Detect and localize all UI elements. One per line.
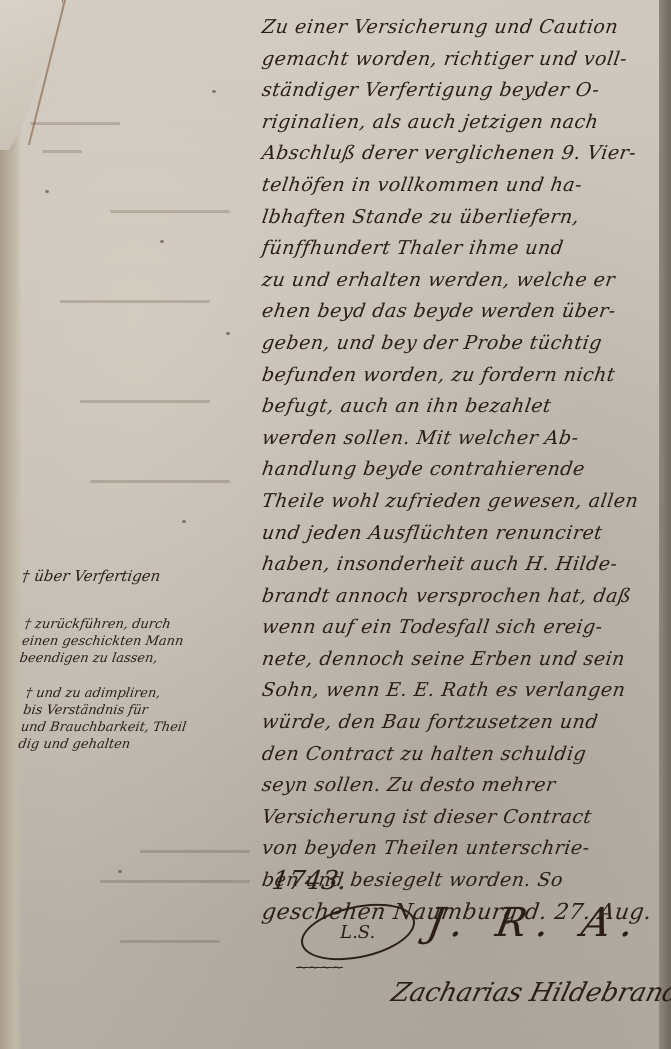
ink-bleed-through <box>140 850 250 853</box>
margin-note-line: einen geschickten Mann <box>21 633 243 650</box>
text-line: den Contract zu halten schuldig <box>260 739 664 771</box>
ink-bleed-through <box>60 300 210 303</box>
main-text-block: Zu einer Versicherung und Caution gemach… <box>262 12 662 928</box>
text-line: fünffhundert Thaler ihme und <box>260 233 664 265</box>
margin-note-line: dig und gehalten <box>17 736 239 753</box>
text-line: und jeden Ausflüchten renunciret <box>260 518 664 550</box>
signature: Zacharias Hildebrandt <box>388 978 671 1008</box>
ink-bleed-through <box>42 150 82 153</box>
margin-note: † zurückführen, durch einen geschickten … <box>18 616 245 667</box>
text-line: ehen beyd das beyde werden über- <box>260 296 664 328</box>
margin-note-line: beendigen zu lassen, <box>18 650 240 667</box>
margin-heading: † über Verfertigen <box>21 566 244 586</box>
margin-note: † und zu adimpliren, bis Verständnis für… <box>17 685 247 753</box>
ink-bleed-through <box>30 122 120 125</box>
ink-bleed-through <box>120 940 220 943</box>
text-line: von beyden Theilen unterschrie- <box>260 833 664 865</box>
margin-note-line: † und zu adimpliren, <box>24 685 246 702</box>
ink-speck <box>182 520 186 523</box>
text-line: befunden worden, zu fordern nicht <box>260 360 664 392</box>
initials: J. R. A. <box>424 900 648 946</box>
seal-text: L.S. <box>340 922 375 943</box>
ink-speck <box>45 190 49 193</box>
text-line: befugt, auch an ihn bezahlet <box>260 391 664 423</box>
ink-bleed-through <box>110 210 230 213</box>
text-line: riginalien, als auch jetzigen nach <box>260 107 664 139</box>
text-line: Theile wohl zufrieden gewesen, allen <box>260 486 664 518</box>
ink-bleed-through <box>80 400 210 403</box>
margin-notes: † über Verfertigen † zurückführen, durch… <box>22 566 242 771</box>
text-line: Sohn, wenn E. E. Rath es verlangen <box>260 675 664 707</box>
margin-note-line: und Brauchbarkeit, Theil <box>20 719 242 736</box>
text-line: ständiger Verfertigung beyder O- <box>260 75 664 107</box>
text-line: geben, und bey der Probe tüchtig <box>260 328 664 360</box>
page-left-edge <box>0 0 22 1049</box>
text-line: handlung beyde contrahierende <box>260 454 664 486</box>
text-line: seyn sollen. Zu desto mehrer <box>260 770 664 802</box>
ink-bleed-through <box>90 480 230 483</box>
ink-speck <box>118 870 122 873</box>
margin-note-line: bis Verständnis für <box>22 702 244 719</box>
text-line: haben, insonderheit auch H. Hilde- <box>260 549 664 581</box>
struck-out-mark: ~~~~ <box>296 960 343 976</box>
text-line: telhöfen in vollkommen und ha- <box>260 170 664 202</box>
margin-note-line: † zurückführen, durch <box>23 616 245 633</box>
ink-bleed-through <box>100 880 250 883</box>
text-line: Versicherung ist dieser Contract <box>260 802 664 834</box>
manuscript-page: Zu einer Versicherung und Caution gemach… <box>0 0 671 1049</box>
text-line: wenn auf ein Todesfall sich ereig- <box>260 612 664 644</box>
ink-speck <box>160 240 164 243</box>
text-line: werden sollen. Mit welcher Ab- <box>260 423 664 455</box>
text-line: gemacht worden, richtiger und voll- <box>260 44 664 76</box>
text-line: lbhaften Stande zu überliefern, <box>260 202 664 234</box>
text-line: brandt annoch versprochen hat, daß <box>260 581 664 613</box>
text-line: zu und erhalten werden, welche er <box>260 265 664 297</box>
ink-speck <box>226 332 230 335</box>
text-line: würde, den Bau fortzusetzen und <box>260 707 664 739</box>
text-line: nete, dennoch seine Erben und sein <box>260 644 664 676</box>
text-line: Abschluß derer verglichenen 9. Vier- <box>260 138 664 170</box>
text-line: Zu einer Versicherung und Caution <box>260 12 664 44</box>
ink-speck <box>212 90 216 93</box>
year: 1743. <box>270 866 349 896</box>
